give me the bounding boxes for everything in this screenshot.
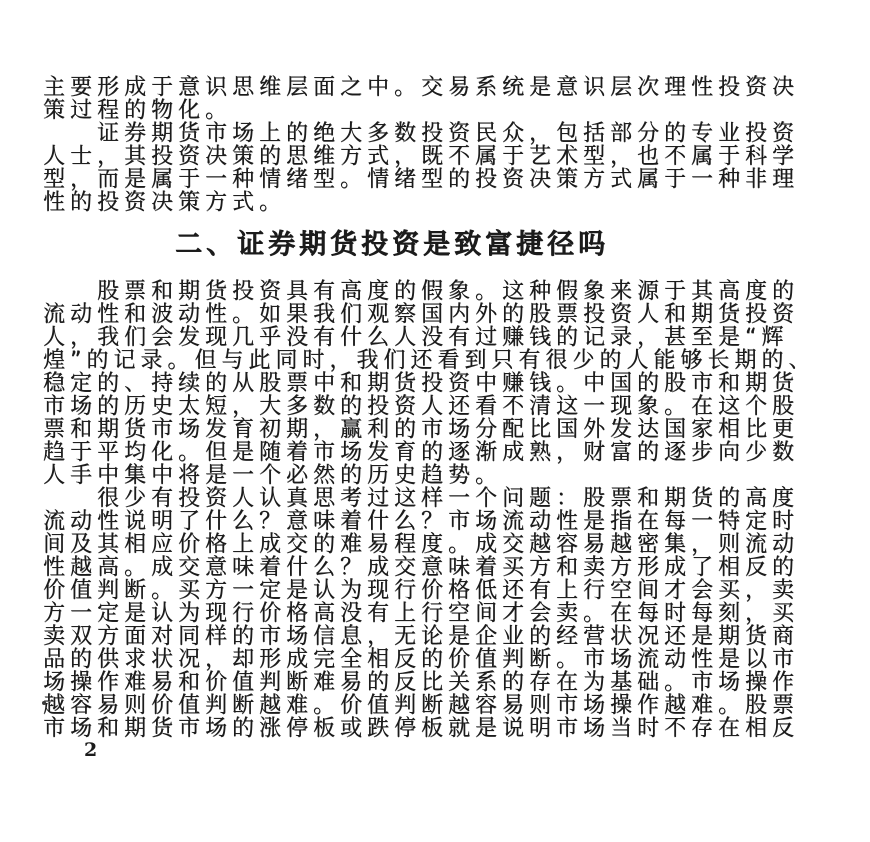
text-line: 流动性说明了什么？意味着什么？市场流动性是指在每一特定时 <box>43 510 803 533</box>
text-line: 票和期货市场发育初期，赢利的市场分配比国外发达国家相比更 <box>43 418 803 441</box>
text-line: 方一定是认为现行价格高没有上行空间才会卖。在每时每刻，买 <box>43 602 803 625</box>
text-line: 证券期货市场上的绝大多数投资民众，包括部分的专业投资 <box>43 122 803 145</box>
paragraph: 股票和期货投资具有高度的假象。这种假象来源于其高度的流动性和波动性。如果我们观察… <box>43 280 803 487</box>
text-line: 趋于平均化。但是随着市场发育的逐渐成熟，财富的逐步向少数 <box>43 441 803 464</box>
text-line: 股票和期货投资具有高度的假象。这种假象来源于其高度的 <box>43 280 803 303</box>
text-line: 市场的历史太短，大多数的投资人还看不清这一现象。在这个股 <box>43 395 803 418</box>
text-line: 人士，其投资决策的思维方式，既不属于艺术型，也不属于科学 <box>43 145 803 168</box>
paragraph: 主要形成于意识思维层面之中。交易系统是意识层次理性投资决策过程的物化。 <box>43 76 803 122</box>
text-line: 性的投资决策方式。 <box>43 191 803 214</box>
text-line: 场操作难易和价值判断难易的反比关系的存在为基础。市场操作 <box>43 671 803 694</box>
section-heading: 二、证券期货投资是致富捷径吗 <box>12 230 772 260</box>
text-line: 市场和期货市场的涨停板或跌停板就是说明市场当时不存在相反 <box>43 717 803 740</box>
text-line: 主要形成于意识思维层面之中。交易系统是意识层次理性投资决 <box>43 76 803 99</box>
scan-artifact-dot <box>42 701 46 705</box>
text-line: 越容易则价值判断越难。价值判断越容易则市场操作越难。股票 <box>43 694 803 717</box>
text-line: 煌”的记录。但与此同时，我们还看到只有很少的人能够长期的、 <box>43 349 803 372</box>
text-line: 卖双方面对同样的市场信息，无论是企业的经营状况还是期货商 <box>43 625 803 648</box>
text-line: 策过程的物化。 <box>43 99 803 122</box>
paragraph: 很少有投资人认真思考过这样一个问题：股票和期货的高度流动性说明了什么？意味着什么… <box>43 487 803 740</box>
text-line: 性越高。成交意味着什么？成交意味着买方和卖方形成了相反的 <box>43 556 803 579</box>
text-line: 型，而是属于一种情绪型。情绪型的投资决策方式属于一种非理 <box>43 168 803 191</box>
paragraph: 证券期货市场上的绝大多数投资民众，包括部分的专业投资人士，其投资决策的思维方式，… <box>43 122 803 214</box>
text-line: 很少有投资人认真思考过这样一个问题：股票和期货的高度 <box>43 487 803 510</box>
text-line: 品的供求状况，却形成完全相反的价值判断。市场流动性是以市 <box>43 648 803 671</box>
book-page: 主要形成于意识思维层面之中。交易系统是意识层次理性投资决策过程的物化。证券期货市… <box>0 0 870 842</box>
text-line: 流动性和波动性。如果我们观察国内外的股票投资人和期货投资 <box>43 303 803 326</box>
text-line: 人手中集中将是一个必然的历史趋势。 <box>43 464 803 487</box>
text-line: 价值判断。买方一定是认为现行价格低还有上行空间才会买，卖 <box>43 579 803 602</box>
text-line: 稳定的、持续的从股票中和期货投资中赚钱。中国的股市和期货 <box>43 372 803 395</box>
text-line: 人，我们会发现几乎没有什么人没有过赚钱的记录，甚至是“辉 <box>43 326 803 349</box>
text-line: 间及其相应价格上成交的难易程度。成交越容易越密集，则流动 <box>43 533 803 556</box>
page-number: 2 <box>84 741 97 760</box>
page-content: 主要形成于意识思维层面之中。交易系统是意识层次理性投资决策过程的物化。证券期货市… <box>43 76 803 740</box>
